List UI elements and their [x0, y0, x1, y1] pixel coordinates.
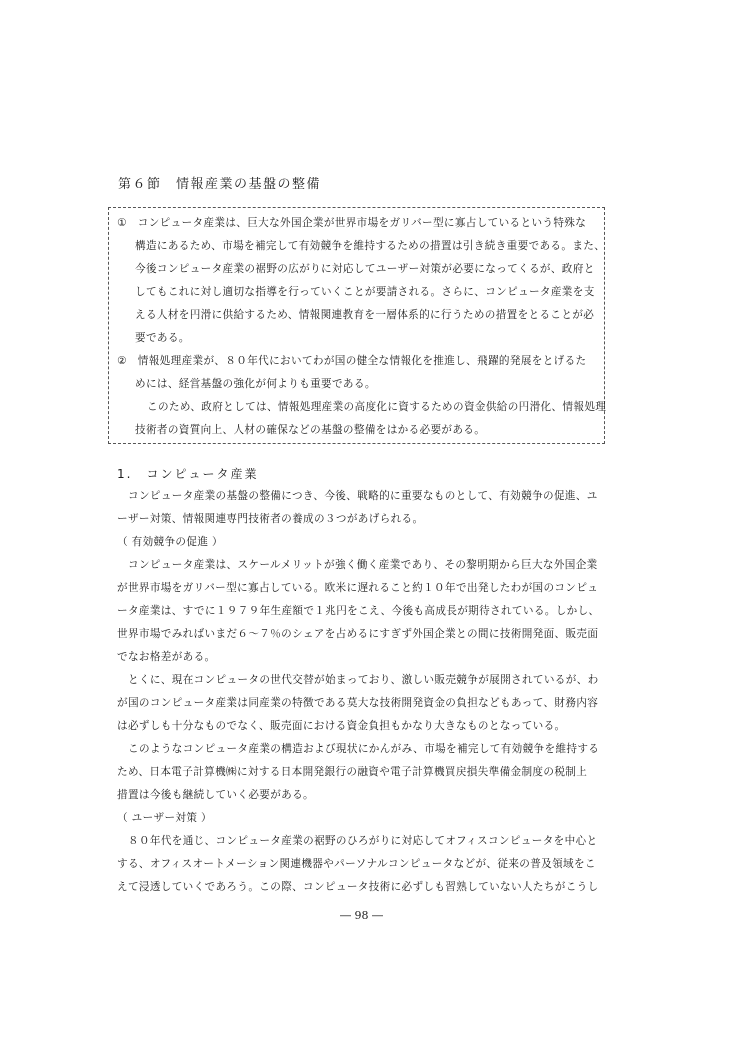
page-number: ― 98 ― [340, 909, 383, 922]
body-line: は必ずしも十分なものでなく、販売面における資金負担もかなり大きなものとなっている… [117, 719, 565, 733]
body-line: ーザー対策、情報関連専門技術者の養成の３つがあげられる。 [117, 512, 423, 526]
body-line: コンピュータ産業の基盤の整備につき、今後、戦略的に重要なものとして、有効競争の促… [128, 489, 598, 503]
body-line: ため、日本電子計算機㈱に対する日本開発銀行の融資や電子計算機買戻損失準備金制度の… [117, 765, 587, 779]
summary-line: 今後コンピュータ産業の裾野の広がりに対応してユーザー対策が必要になってくるが、政… [135, 262, 595, 276]
body-line: 措置は今後も継続していく必要がある。 [117, 788, 314, 802]
summary-line: このため、政府としては、情報処理産業の高度化に資するための資金供給の円滑化、情報… [147, 400, 606, 414]
body-line: する、オフィスオートメーション関連機器やパーソナルコンピュータなどが、従来の普及… [117, 857, 596, 871]
summary-line: ② 情報処理産業が、８０年代においてわが国の健全な情報化を推進し、飛躍的発展をと… [117, 354, 586, 368]
summary-line: ① コンピュータ産業は、巨大な外国企業が世界市場をガリバー型に寡占しているという… [117, 216, 586, 230]
summary-line: 要である。 [135, 331, 190, 345]
summary-line: してもこれに対し適切な指導を行っていくことが要請される。さらに、コンピュータ産業… [135, 285, 595, 299]
body-line: とくに、現在コンピュータの世代交替が始まっており、激しい販売競争が展開されている… [128, 673, 599, 687]
document-page: 第６節 情報産業の基盤の整備 ① コンピュータ産業は、巨大な外国企業が世界市場を… [0, 0, 750, 1054]
body-line: ８０年代を通じ、コンピュータ産業の裾野のひろがりに対応してオフィスコンピュータを… [128, 834, 597, 848]
subheading-user-measures: （ ユーザー対策 ） [117, 811, 212, 825]
body-line: が国のコンピュータ産業は同産業の特徴である莫大な技術開発資金の負担などもあって、… [117, 696, 598, 710]
summary-line: える人材を円滑に供給するため、情報関連教育を一層体系的に行うための措置をとること… [135, 308, 594, 322]
body-line: このようなコンピュータ産業の構造および現状にかんがみ、市場を補完して有効競争を維… [128, 742, 599, 756]
section-title: 第６節 情報産業の基盤の整備 [118, 173, 321, 192]
body-line: が世界市場をガリバー型に寡占している。欧米に遅れること約１０年で出発したわが国の… [117, 581, 598, 595]
summary-line: 技術者の資質向上、人材の確保などの基盤の整備をはかる必要がある。 [135, 423, 485, 437]
body-line: ータ産業は、すでに１９７９年生産額で１兆円をこえ、今後も高成長が期待されている。… [117, 604, 599, 618]
summary-line: めには、経営基盤の強化が何よりも重要である。 [135, 377, 376, 391]
body-line: えて浸透していくであろう。この際、コンピュータ技術に必ずしも習熟していない人たち… [117, 880, 599, 894]
body-line: コンピュータ産業は、スケールメリットが強く働く産業であり、その黎明期から巨大な外… [128, 558, 598, 572]
body-line: 世界市場でみればいまだ６～７％のシェアを占めるにすぎず外国企業との間に技術開発面… [117, 627, 598, 641]
subheading-effective-competition: （ 有効競争の促進 ） [117, 535, 223, 549]
subsection-heading: 1. コンピュータ産業 [117, 465, 258, 482]
summary-line: 構造にあるため、市場を補完して有効競争を維持するための措置は引き続き重要である。… [135, 239, 605, 253]
body-line: でなお格差がある。 [117, 650, 216, 664]
